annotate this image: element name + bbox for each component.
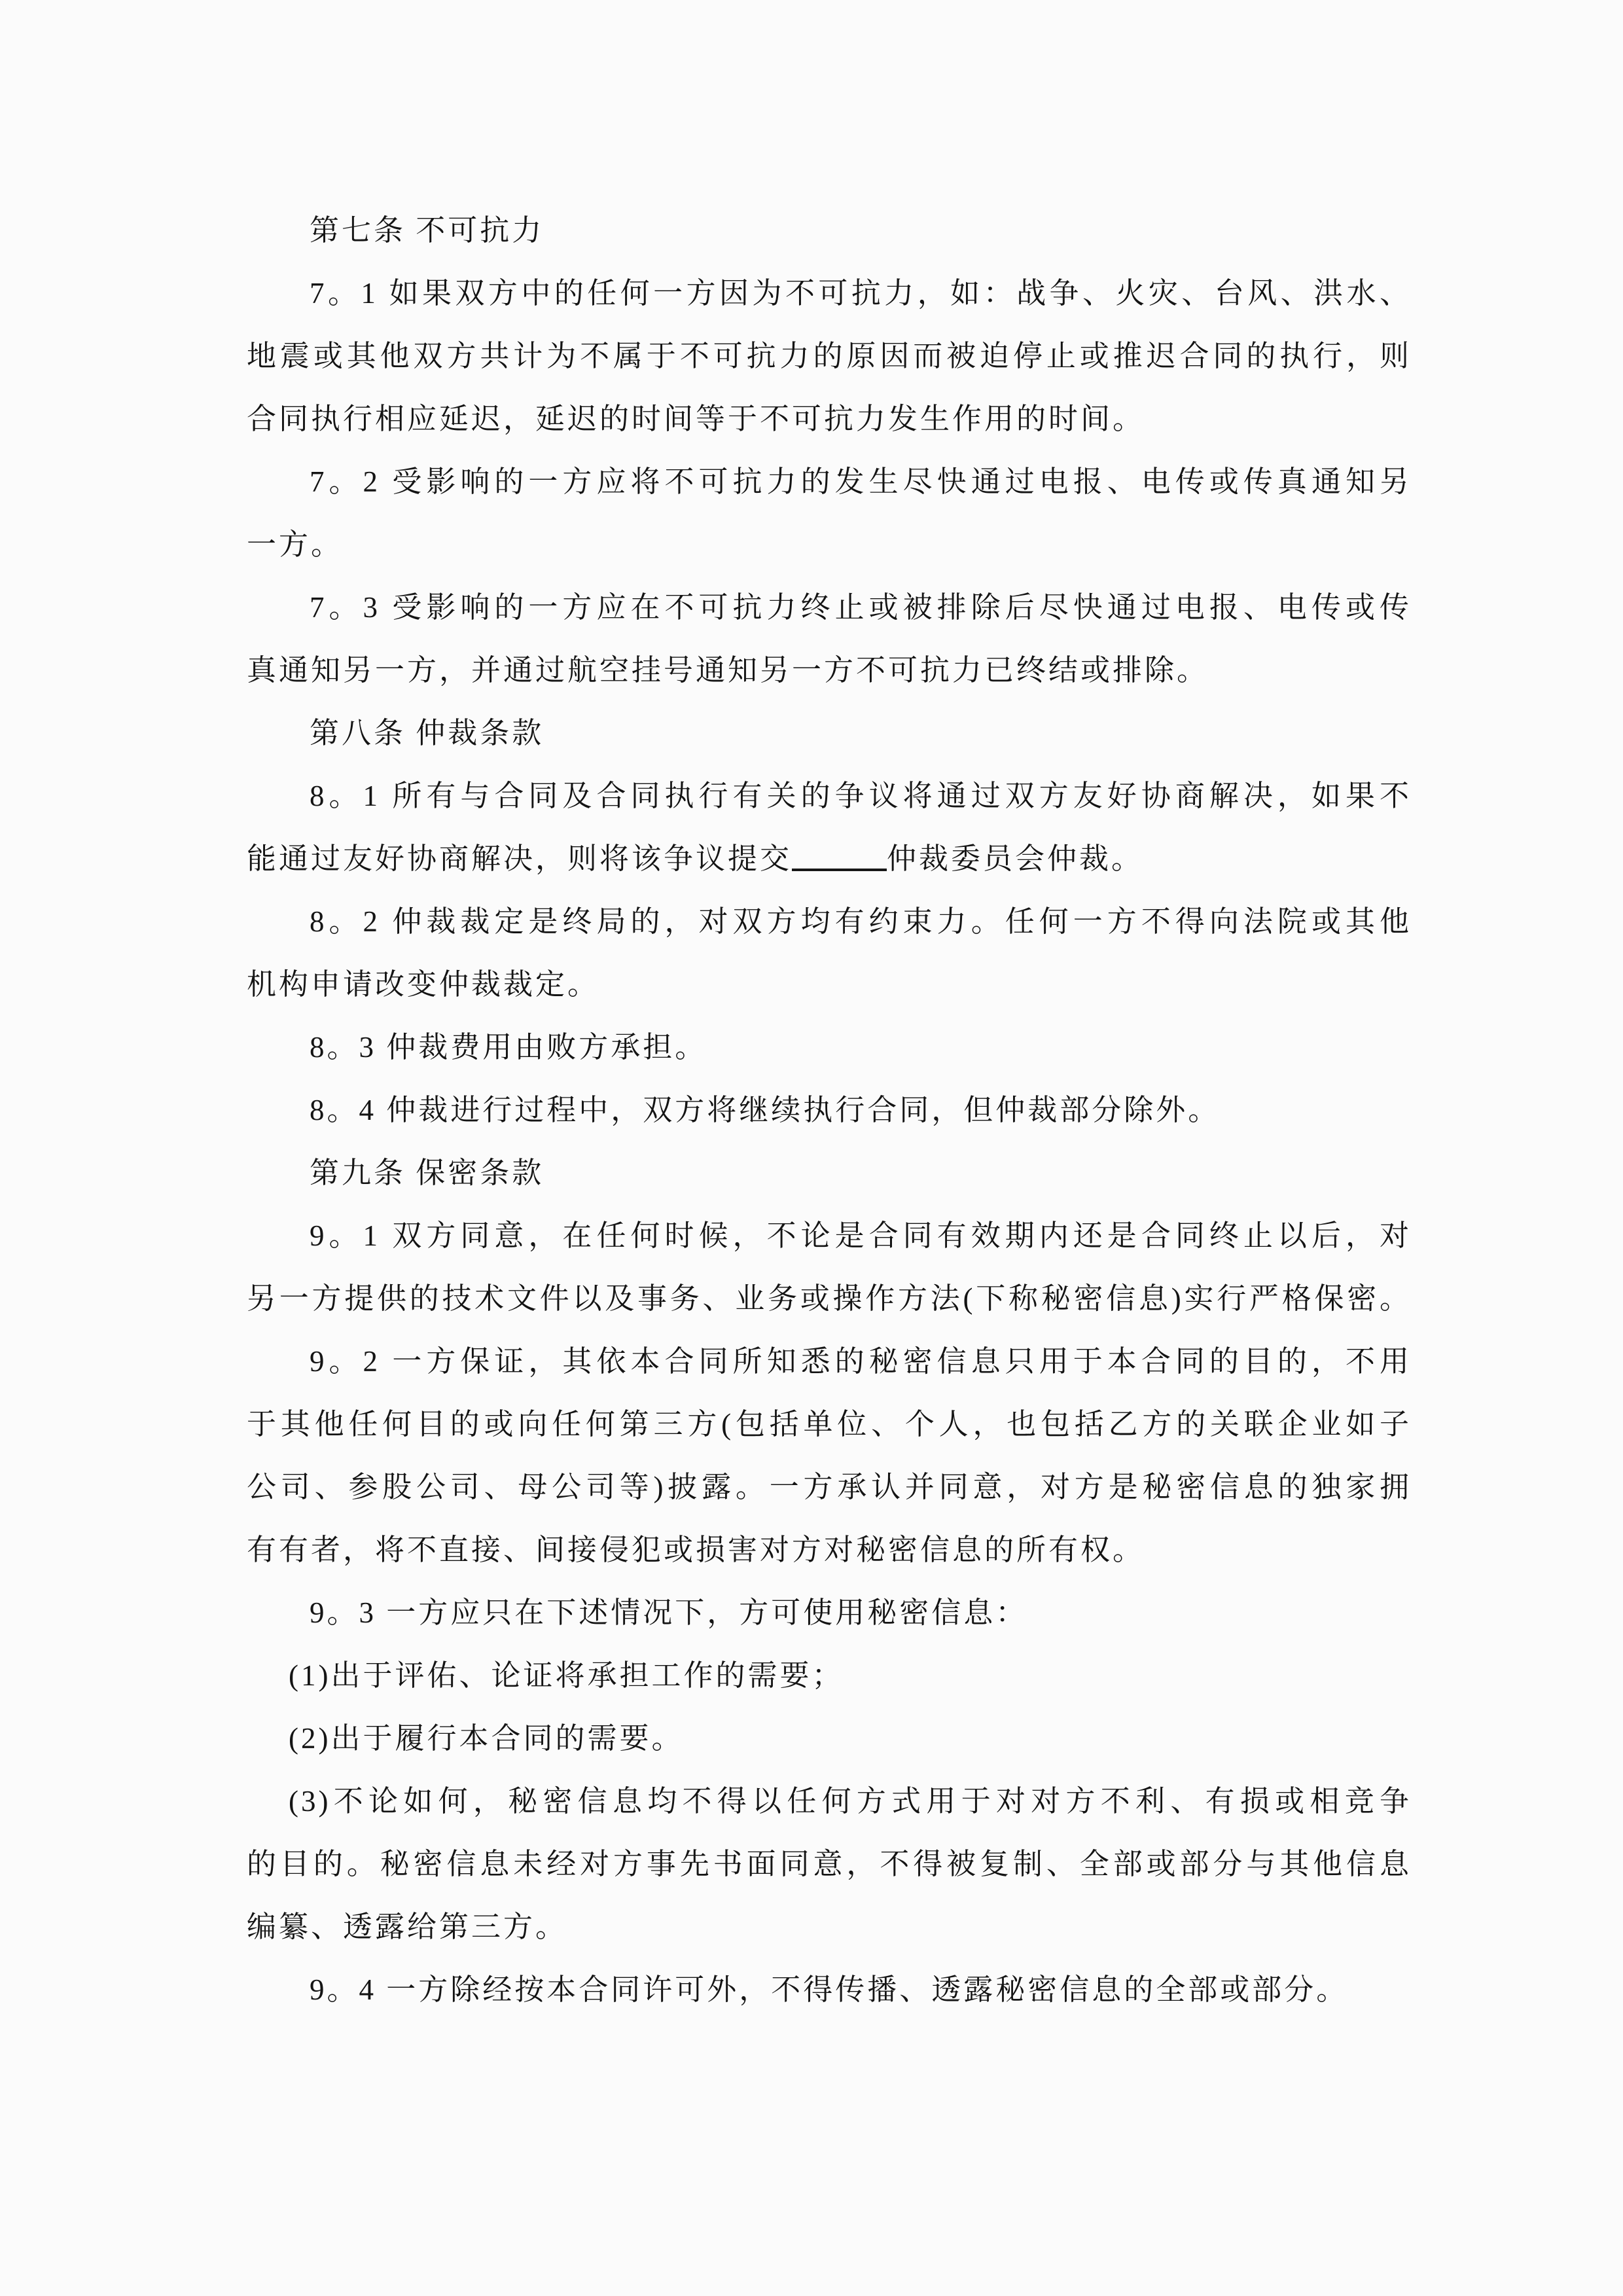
line-text-segment: 能通过友好协商解决，则将该争议提交 bbox=[247, 842, 792, 875]
document-body: 第七条 不可抗力7。1 如果双方中的任何一方因为不可抗力，如：战争、火灾、台风、… bbox=[247, 199, 1412, 2021]
clause-9-3-item-3-line-2: 的目的。秘密信息未经对方事先书面同意，不得被复制、全部或部分与其他信息 bbox=[247, 1833, 1412, 1895]
clause-9-3-item-2: (2)出于履行本合同的需要。 bbox=[247, 1707, 1412, 1770]
contract-page: 第七条 不可抗力7。1 如果双方中的任何一方因为不可抗力，如：战争、火灾、台风、… bbox=[0, 0, 1623, 2296]
clause-8-2-line-2: 机构申请改变仲裁裁定。 bbox=[247, 953, 1412, 1016]
clause-8-4: 8。4 仲裁进行过程中，双方将继续执行合同，但仲裁部分除外。 bbox=[247, 1079, 1412, 1141]
clause-9-2-line-3: 公司、参股公司、母公司等)披露。一方承认并同意，对方是秘密信息的独家拥 bbox=[247, 1456, 1412, 1518]
line-text-segment: 仲裁委员会仲裁。 bbox=[887, 842, 1143, 875]
clause-9-3-item-3-line-3: 编纂、透露给第三方。 bbox=[247, 1895, 1412, 1958]
clause-7-3-line-2: 真通知另一方，并通过航空挂号通知另一方不可抗力已终结或排除。 bbox=[247, 639, 1412, 702]
clause-7-3-line-1: 7。3 受影响的一方应在不可抗力终止或被排除后尽快通过电报、电传或传 bbox=[247, 576, 1412, 639]
clause-9-3-item-3-line-1: (3)不论如何，秘密信息均不得以任何方式用于对对方不利、有损或相竞争 bbox=[247, 1770, 1412, 1833]
clause-9-4: 9。4 一方除经按本合同许可外，不得传播、透露秘密信息的全部或部分。 bbox=[247, 1958, 1412, 2021]
clause-7-2-line-2: 一方。 bbox=[247, 513, 1412, 576]
clause-7-1-line-2: 地震或其他双方共计为不属于不可抗力的原因而被迫停止或推迟合同的执行，则 bbox=[247, 325, 1412, 387]
clause-8-1-line-2: 能通过友好协商解决，则将该争议提交仲裁委员会仲裁。 bbox=[247, 827, 1412, 890]
clause-8-1-line-1: 8。1 所有与合同及合同执行有关的争议将通过双方友好协商解决，如果不 bbox=[247, 764, 1412, 827]
clause-9-1-line-1: 9。1 双方同意，在任何时候，不论是合同有效期内还是合同终止以后，对 bbox=[247, 1204, 1412, 1267]
clause-7-2-line-1: 7。2 受影响的一方应将不可抗力的发生尽快通过电报、电传或传真通知另 bbox=[247, 450, 1412, 513]
fill-in-blank-underline bbox=[792, 863, 887, 871]
clause-9-2-line-1: 9。2 一方保证，其依本合同所知悉的秘密信息只用于本合同的目的，不用 bbox=[247, 1330, 1412, 1393]
article-7-heading: 第七条 不可抗力 bbox=[247, 199, 1412, 262]
clause-8-3: 8。3 仲裁费用由败方承担。 bbox=[247, 1016, 1412, 1079]
clause-9-3-item-1: (1)出于评佑、论证将承担工作的需要； bbox=[247, 1644, 1412, 1707]
clause-7-1-line-1: 7。1 如果双方中的任何一方因为不可抗力，如：战争、火灾、台风、洪水、 bbox=[247, 262, 1412, 325]
article-8-heading: 第八条 仲裁条款 bbox=[247, 702, 1412, 764]
clause-9-2-line-2: 于其他任何目的或向任何第三方(包括单位、个人，也包括乙方的关联企业如子 bbox=[247, 1393, 1412, 1456]
clause-9-2-line-4: 有有者，将不直接、间接侵犯或损害对方对秘密信息的所有权。 bbox=[247, 1518, 1412, 1581]
clause-8-2-line-1: 8。2 仲裁裁定是终局的，对双方均有约束力。任何一方不得向法院或其他 bbox=[247, 890, 1412, 953]
screenshot-root: { "page": { "background": "#fbfbfb", "te… bbox=[0, 0, 1623, 2296]
article-9-heading: 第九条 保密条款 bbox=[247, 1141, 1412, 1204]
clause-7-1-line-3: 合同执行相应延迟，延迟的时间等于不可抗力发生作用的时间。 bbox=[247, 387, 1412, 450]
clause-9-1-line-2: 另一方提供的技术文件以及事务、业务或操作方法(下称秘密信息)实行严格保密。 bbox=[247, 1267, 1412, 1330]
clause-9-3: 9。3 一方应只在下述情况下，方可使用秘密信息： bbox=[247, 1581, 1412, 1644]
